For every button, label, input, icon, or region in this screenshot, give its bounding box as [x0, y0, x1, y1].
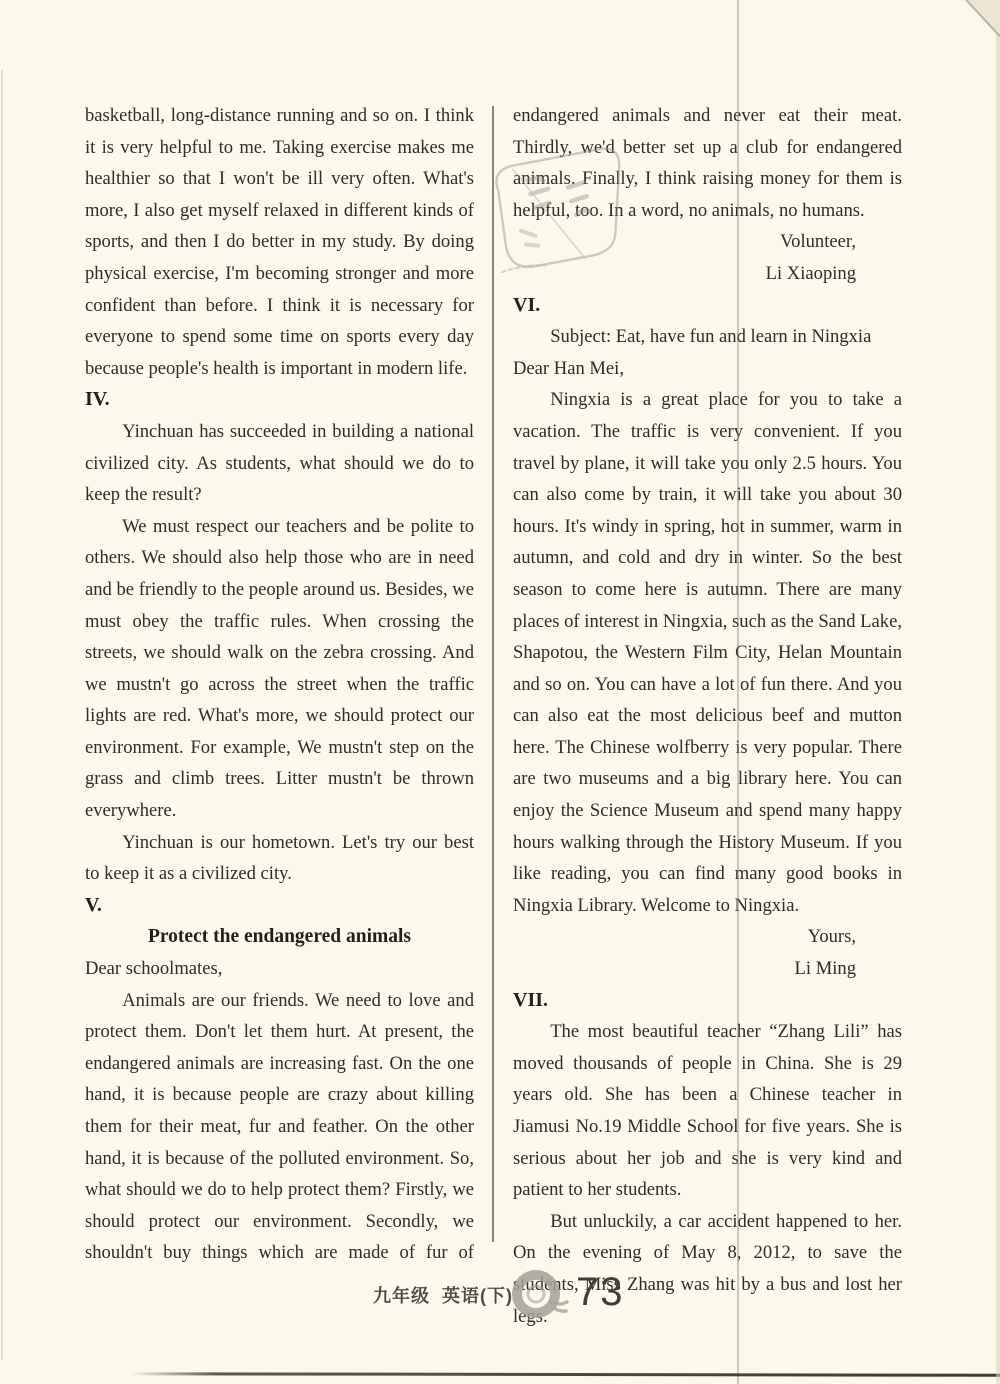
signature-role: Yours, [513, 921, 902, 953]
paragraph-cutoff: Animals are our friends. We need to love… [85, 985, 474, 1269]
paragraph: Ningxia is a great place for you to take… [513, 384, 902, 921]
signature-role: Volunteer, [513, 226, 902, 258]
column-divider-rule [492, 106, 494, 1242]
dragon-seal-icon [506, 1264, 570, 1328]
essay-title: Protect the endangered animals [85, 921, 474, 953]
left-scan-edge [1, 70, 3, 1360]
right-page-edge [996, 0, 1000, 1384]
signature-name: Li Ming [513, 953, 902, 985]
section-heading-iv: IV. [85, 384, 474, 416]
salutation: Dear Han Mei, [513, 353, 902, 385]
subject-label: 英语(下) [442, 1286, 513, 1306]
section-heading-v: V. [85, 890, 474, 922]
paragraph: The most beautiful teacher “Zhang Lili” … [513, 1016, 902, 1206]
paragraph: Yinchuan has succeeded in building a nat… [85, 416, 474, 511]
bottom-scan-edge [130, 1372, 1000, 1377]
left-column: basketball, long-distance running and so… [85, 100, 474, 1269]
page-number: 73 [576, 1270, 625, 1315]
right-column: endangered animals and never eat their m… [513, 100, 902, 1332]
scanned-textbook-page: basketball, long-distance running and so… [0, 0, 1000, 1384]
salutation: Dear schoolmates, [85, 953, 474, 985]
subject-line: Subject: Eat, have fun and learn in Ning… [513, 321, 902, 353]
page-fold-line [737, 0, 739, 1384]
page-footer: 九年级英语(下) 73 [0, 1262, 1000, 1342]
paragraph: Yinchuan is our hometown. Let's try our … [85, 827, 474, 890]
footer-edition-label: 九年级英语(下) [373, 1282, 513, 1308]
section-heading-vii: VII. [513, 985, 902, 1017]
grade-label: 九年级 [373, 1286, 430, 1306]
signature-name: Li Xiaoping [513, 258, 902, 290]
paragraph-continued: endangered animals and never eat their m… [513, 100, 902, 226]
paragraph: We must respect our teachers and be poli… [85, 511, 474, 827]
section-heading-vi: VI. [513, 290, 902, 322]
paragraph-continued: basketball, long-distance running and so… [85, 100, 474, 384]
